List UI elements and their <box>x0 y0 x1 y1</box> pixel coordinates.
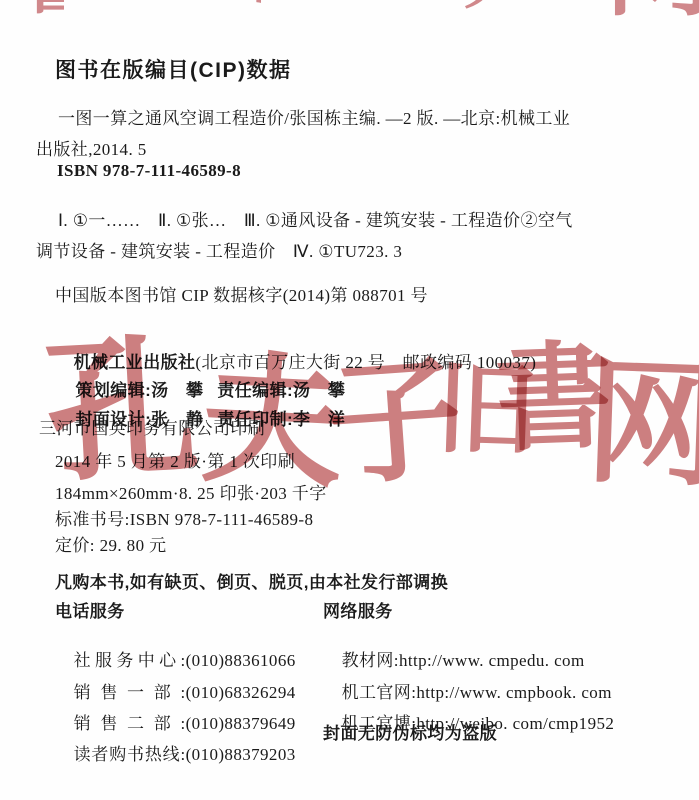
watermark-fragment-glyph: 書 <box>24 0 64 18</box>
cip-registry-line: 中国版本图书馆 CIP 数据核字(2014)第 088701 号 <box>55 281 428 306</box>
purchase-notice: 凡购本书,如有缺页、倒页、脱页,由本社发行部调换 <box>55 568 448 593</box>
printer-line: 三河市国英印务有限公司印刷 <box>39 414 265 439</box>
cip-entry-line-2: 出版社,2014. 5 <box>36 135 147 160</box>
price-line: 定价: 29. 80 元 <box>55 531 167 556</box>
cip-entry-line-1: 一图一算之通风空调工程造价/张国栋主编. —2 版. —北京:机械工业 <box>58 104 570 129</box>
phone-service-row: 读者购书热线:(010)88379203 <box>55 720 296 785</box>
watermark-fragment: 子 <box>243 0 261 12</box>
watermark-fragment: 夫 <box>464 0 486 13</box>
phone-row-label: 读者购书热线: <box>74 740 186 765</box>
watermark-fragment-glyph: 网 <box>605 0 699 24</box>
print-supervisor-name: 李 洋 <box>293 410 345 429</box>
cip-classification-line-2: 调节设备 - 建筑安装 - 工程造价 Ⅳ. ①TU723. 3 <box>36 237 402 262</box>
watermark-fragment-glyph: 夫 <box>464 0 486 12</box>
format-spec-line: 184mm×260mm·8. 25 印张·203 千字 <box>55 479 327 504</box>
watermark-fragment: 書 <box>24 0 64 22</box>
anti-piracy-notice: 封面无防伪标均为盗版 <box>323 719 497 744</box>
cip-heading: 图书在版编目(CIP)数据 <box>55 54 292 84</box>
watermark-char: 网 <box>584 356 699 497</box>
edition-line: 2014 年 5 月第 2 版·第 1 次印刷 <box>55 447 295 472</box>
watermark-fragment-glyph: 子 <box>243 0 261 10</box>
cip-classification-line-1: Ⅰ. ①一…… Ⅱ. ①张… Ⅲ. ①通风设备 - 建筑安装 - 工程造价②空气 <box>58 206 573 231</box>
cip-isbn: ISBN 978-7-111-46589-8 <box>57 161 241 181</box>
watermark-fragment: 网 <box>605 0 699 26</box>
network-service-header: 网络服务 <box>323 597 393 622</box>
book-copyright-page: 图书在版编目(CIP)数据 一图一算之通风空调工程造价/张国栋主编. —2 版.… <box>0 0 699 800</box>
phone-service-header: 电话服务 <box>55 597 125 622</box>
phone-row-number: (010)88379203 <box>186 745 296 765</box>
standard-book-number-line: 标准书号:ISBN 978-7-111-46589-8 <box>55 505 313 530</box>
